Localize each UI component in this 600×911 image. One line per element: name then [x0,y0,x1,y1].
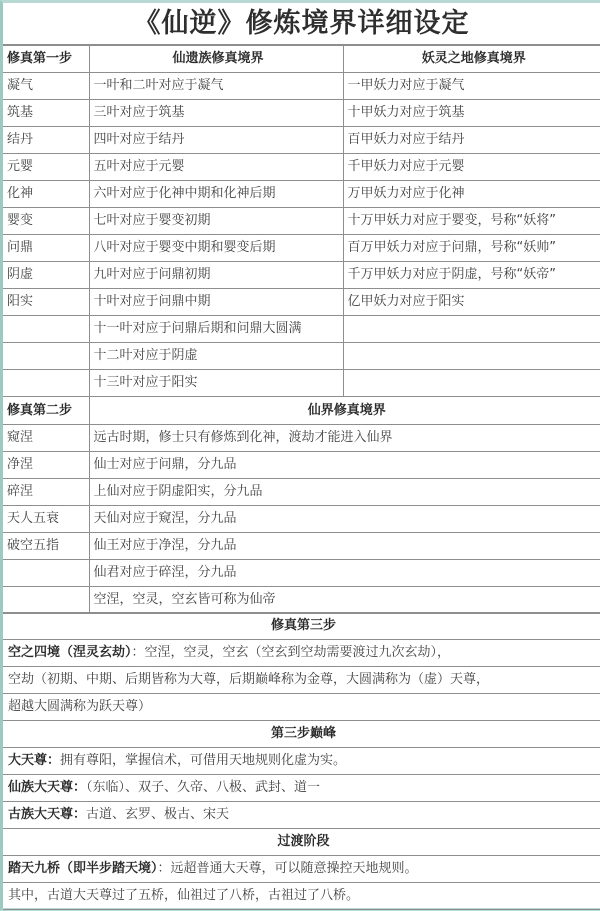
peak-line-text: 拥有尊阳，掌握信术，可借用天地规则化虚为实。 [60,753,346,768]
realm-cell: 窥涅 [3,425,89,452]
realm-cell [3,560,89,587]
yaoling-cell: 一甲妖力对应于凝气 [343,73,600,100]
table-row: 筑基三叶对应于筑基十甲妖力对应于筑基 [3,100,600,127]
xianyi-cell: 六叶对应于化神中期和化神后期 [89,181,343,208]
peak-line: 大天尊：拥有尊阳，掌握信术，可借用天地规则化虚为实。 [3,748,600,775]
xianyi-cell: 十二叶对应于阴虚 [89,343,343,370]
peak-header-row: 第三步巅峰 [3,721,600,748]
transition-line-label: 踏天九桥（即半步踏天境） [8,861,158,876]
transition-line: 踏天九桥（即半步踏天境）：远超普通大天尊，可以随意操控天地规则。 [3,856,600,883]
step2-header-row: 修真第二步 仙界修真境界 [3,397,600,425]
realm-cell: 问鼎 [3,235,89,262]
table-row: 结丹四叶对应于结丹百甲妖力对应于结丹 [3,127,600,154]
step3-table: 修真第三步 空之四境（涅灵玄劫）：空涅，空灵，空玄（空玄到空劫需要渡过九次玄劫）… [3,612,600,910]
step3-header: 修真第三步 [3,613,600,640]
xianjie-cell: 远古时期，修士只有修炼到化神，渡劫才能进入仙界 [89,425,600,452]
table-row: 空涅，空灵，空玄皆可称为仙帝 [3,587,600,614]
step3-header-row: 修真第三步 [3,613,600,640]
table-row: 踏天九桥（即半步踏天境）：远超普通大天尊，可以随意操控天地规则。 [3,856,600,883]
table-row: 超越大圆满称为跃天尊） [3,694,600,721]
peak-line-text: （东临）、双子、久帝、八极、武封、道一 [86,780,320,795]
table-row: 化神六叶对应于化神中期和化神后期万甲妖力对应于化神 [3,181,600,208]
peak-line-label: 仙族大天尊： [8,780,86,795]
table-row: 空之四境（涅灵玄劫）：空涅，空灵，空玄（空玄到空劫需要渡过九次玄劫）， [3,640,600,667]
peak-line-label: 古族大天尊： [8,807,86,822]
table-row: 其中，古道大天尊过了五桥，仙祖过了八桥，古祖过了八桥。 [3,883,600,910]
table-row: 凝气一叶和二叶对应于凝气一甲妖力对应于凝气 [3,73,600,100]
realm-cell: 筑基 [3,100,89,127]
step3-line-text: ：空涅，空灵，空玄（空玄到空劫需要渡过九次玄劫）， [132,645,451,660]
peak-line-text: 古道、玄罗、极古、宋天 [86,807,229,822]
yaoling-cell: 十甲妖力对应于筑基 [343,100,600,127]
table-row: 十一叶对应于问鼎后期和问鼎大圆满 [3,316,600,343]
realm-cell: 阴虚 [3,262,89,289]
xianyi-cell: 五叶对应于元婴 [89,154,343,181]
realm-cell: 阳实 [3,289,89,316]
realm-cell: 婴变 [3,208,89,235]
yaoling-cell: 千甲妖力对应于元婴 [343,154,600,181]
realm-cell: 净涅 [3,452,89,479]
step3-line-text: 空劫（初期、中期、后期皆称为大尊，后期巅峰称为金尊，大圆满称为（虚）天尊， [8,672,489,687]
xianjie-cell: 仙君对应于碎涅，分九品 [89,560,600,587]
realm-cell [3,343,89,370]
step3-line-label: 空之四境（涅灵玄劫） [8,645,132,660]
peak-line: 古族大天尊：古道、玄罗、极古、宋天 [3,802,600,829]
transition-line-text: 其中，古道大天尊过了五桥，仙祖过了八桥，古祖过了八桥。 [8,888,359,903]
peak-line-label: 大天尊： [8,753,60,768]
yaoling-cell: 十万甲妖力对应于婴变，号称“妖将” [343,208,600,235]
table-row: 问鼎八叶对应于婴变中期和婴变后期百万甲妖力对应于问鼎，号称“妖帅” [3,235,600,262]
transition-header: 过渡阶段 [3,829,600,856]
table-row: 阳实十叶对应于问鼎中期亿甲妖力对应于阳实 [3,289,600,316]
step2-header-realm: 修真第二步 [3,397,89,425]
step2-table: 修真第二步 仙界修真境界 窥涅远古时期，修士只有修炼到化神，渡劫才能进入仙界 净… [3,396,600,614]
table-row: 婴变七叶对应于婴变初期十万甲妖力对应于婴变，号称“妖将” [3,208,600,235]
xianjie-cell: 仙士对应于问鼎，分九品 [89,452,600,479]
table-row: 破空五指仙王对应于净涅，分九品 [3,533,600,560]
xianjie-cell: 空涅，空灵，空玄皆可称为仙帝 [89,587,600,614]
table-row: 天人五衰天仙对应于窥涅，分九品 [3,506,600,533]
yaoling-cell: 千万甲妖力对应于阴虚，号称“妖帝” [343,262,600,289]
yaoling-cell: 百甲妖力对应于结丹 [343,127,600,154]
realm-cell [3,370,89,397]
xianyi-cell: 十叶对应于问鼎中期 [89,289,343,316]
xianyi-cell: 三叶对应于筑基 [89,100,343,127]
xianyi-cell: 八叶对应于婴变中期和婴变后期 [89,235,343,262]
yaoling-cell [343,370,600,397]
step1-header-yaoling: 妖灵之地修真境界 [343,45,600,73]
table-row: 仙族大天尊：（东临）、双子、久帝、八极、武封、道一 [3,775,600,802]
transition-header-row: 过渡阶段 [3,829,600,856]
realm-cell: 天人五衰 [3,506,89,533]
xianyi-cell: 十三叶对应于阳实 [89,370,343,397]
realm-cell: 凝气 [3,73,89,100]
peak-header: 第三步巅峰 [3,721,600,748]
step1-header-realm: 修真第一步 [3,45,89,73]
realm-cell [3,316,89,343]
step1-header-xianyi: 仙遗族修真境界 [89,45,343,73]
table-row: 空劫（初期、中期、后期皆称为大尊，后期巅峰称为金尊，大圆满称为（虚）天尊， [3,667,600,694]
yaoling-cell: 百万甲妖力对应于问鼎，号称“妖帅” [343,235,600,262]
step1-header-row: 修真第一步 仙遗族修真境界 妖灵之地修真境界 [3,45,600,73]
realm-cell: 结丹 [3,127,89,154]
step3-line: 超越大圆满称为跃天尊） [3,694,600,721]
table-row: 窥涅远古时期，修士只有修炼到化神，渡劫才能进入仙界 [3,425,600,452]
table-row: 元婴五叶对应于元婴千甲妖力对应于元婴 [3,154,600,181]
xianyi-cell: 七叶对应于婴变初期 [89,208,343,235]
table-row: 古族大天尊：古道、玄罗、极古、宋天 [3,802,600,829]
xianyi-cell: 九叶对应于问鼎初期 [89,262,343,289]
yaoling-cell [343,316,600,343]
realm-cell: 破空五指 [3,533,89,560]
table-row: 仙君对应于碎涅，分九品 [3,560,600,587]
xianjie-cell: 上仙对应于阴虚阳实，分九品 [89,479,600,506]
table-row: 十三叶对应于阳实 [3,370,600,397]
realm-cell: 化神 [3,181,89,208]
step3-line-text: 超越大圆满称为跃天尊） [8,699,151,714]
peak-line: 仙族大天尊：（东临）、双子、久帝、八极、武封、道一 [3,775,600,802]
realm-cell: 元婴 [3,154,89,181]
yaoling-cell: 万甲妖力对应于化神 [343,181,600,208]
realm-cell: 碎涅 [3,479,89,506]
step1-table: 修真第一步 仙遗族修真境界 妖灵之地修真境界 凝气一叶和二叶对应于凝气一甲妖力对… [3,44,600,397]
yaoling-cell: 亿甲妖力对应于阳实 [343,289,600,316]
xianjie-cell: 仙王对应于净涅，分九品 [89,533,600,560]
table-row: 阴虚九叶对应于问鼎初期千万甲妖力对应于阴虚，号称“妖帝” [3,262,600,289]
xianyi-cell: 十一叶对应于问鼎后期和问鼎大圆满 [89,316,343,343]
table-row: 十二叶对应于阴虚 [3,343,600,370]
realm-cell [3,587,89,614]
xianyi-cell: 四叶对应于结丹 [89,127,343,154]
table-row: 大天尊：拥有尊阳，掌握信术，可借用天地规则化虚为实。 [3,748,600,775]
page-title: 《仙逆》修炼境界详细设定 [3,3,600,44]
table-row: 净涅仙士对应于问鼎，分九品 [3,452,600,479]
xianyi-cell: 一叶和二叶对应于凝气 [89,73,343,100]
step2-header-xianjie: 仙界修真境界 [89,397,600,425]
xianjie-cell: 天仙对应于窥涅，分九品 [89,506,600,533]
table-row: 碎涅上仙对应于阴虚阳实，分九品 [3,479,600,506]
transition-line-text: ：远超普通大天尊，可以随意操控天地规则。 [158,861,418,876]
transition-line: 其中，古道大天尊过了五桥，仙祖过了八桥，古祖过了八桥。 [3,883,600,910]
yaoling-cell [343,343,600,370]
step3-line: 空之四境（涅灵玄劫）：空涅，空灵，空玄（空玄到空劫需要渡过九次玄劫）， [3,640,600,667]
step3-line: 空劫（初期、中期、后期皆称为大尊，后期巅峰称为金尊，大圆满称为（虚）天尊， [3,667,600,694]
